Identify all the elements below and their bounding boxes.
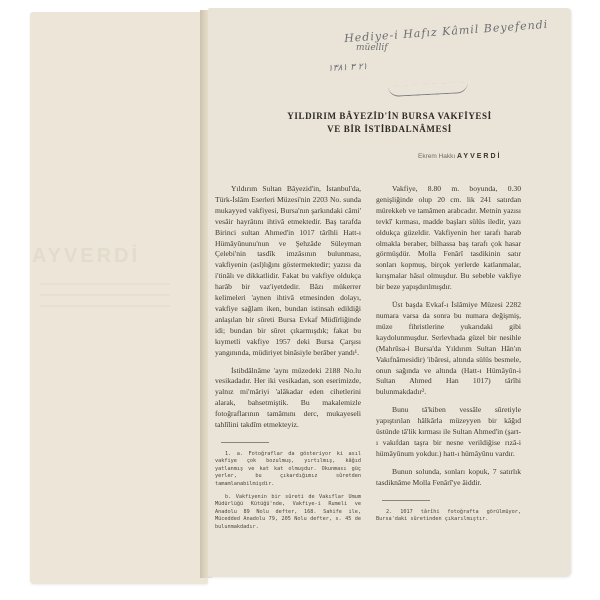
body-paragraph: Vakfiye, 8.80 m. boyunda, 0.30 genişliği… (376, 184, 521, 293)
author-surname: AYVERDİ (457, 153, 501, 160)
body-paragraph: Yıldırım Sultan Bâyezid'in, İstanbul'da,… (215, 184, 361, 359)
left-column: Yıldırım Sultan Bâyezid'in, İstanbul'da,… (215, 184, 361, 537)
article-title-line-1: YILDIRIM BÂYEZİD'İN BURSA VAKFİYESİ (208, 111, 571, 121)
book-cover: AYVERDİ (30, 12, 208, 584)
right-footnotes: 2. 1017 târîhi fotoğrafta görülmüyor, Bu… (376, 509, 521, 524)
footnote: 1. a. Fotoğraflar da gösteriyor ki asıl … (215, 451, 361, 488)
body-paragraph: İstibdâlnâme 'aynı müzedeki 2188 No.lu v… (215, 366, 361, 431)
cover-show-through-text: AYVERDİ (32, 245, 140, 268)
right-column: Vakfiye, 8.80 m. boyunda, 0.30 genişliği… (376, 184, 521, 529)
inscription-line-2: müellif (356, 43, 388, 53)
article-title-line-2: VE BİR İSTİBDALNÂMESİ (208, 124, 571, 134)
body-paragraph: Bunun solunda, sonları kopuk, 7 satırlık… (376, 467, 521, 489)
footnote: 2. 1017 târîhi fotoğrafta görülmüyor, Bu… (376, 509, 521, 524)
footnote-divider (221, 442, 269, 443)
inscription-line-1: Hediye-i Hafız Kâmil Beyefendi (344, 18, 549, 45)
footnote: b. Vakfiyenin bir sûreti de Vakıflar Umu… (215, 494, 361, 531)
inscription-signature (388, 82, 468, 97)
body-paragraph: Bunu tâ'kiben vessâle sûretiyle yapıştır… (376, 405, 521, 460)
article-page: Hediye-i Hafız Kâmil Beyefendi müellif ۱… (208, 8, 571, 577)
article-author: Ekrem Hakkı AYVERDİ (418, 153, 502, 160)
author-first-name: Ekrem Hakkı (418, 153, 455, 160)
cover-show-through-lines (40, 274, 170, 316)
inscription-date: ۱۳۸۱ ۳ ۲۱ (328, 62, 368, 74)
footnote-divider (382, 500, 430, 501)
left-footnotes: 1. a. Fotoğraflar da gösteriyor ki asıl … (215, 451, 361, 531)
body-paragraph: Üst başda Evkaf-ı İslâmiye Müzesi 2282 n… (376, 300, 521, 398)
